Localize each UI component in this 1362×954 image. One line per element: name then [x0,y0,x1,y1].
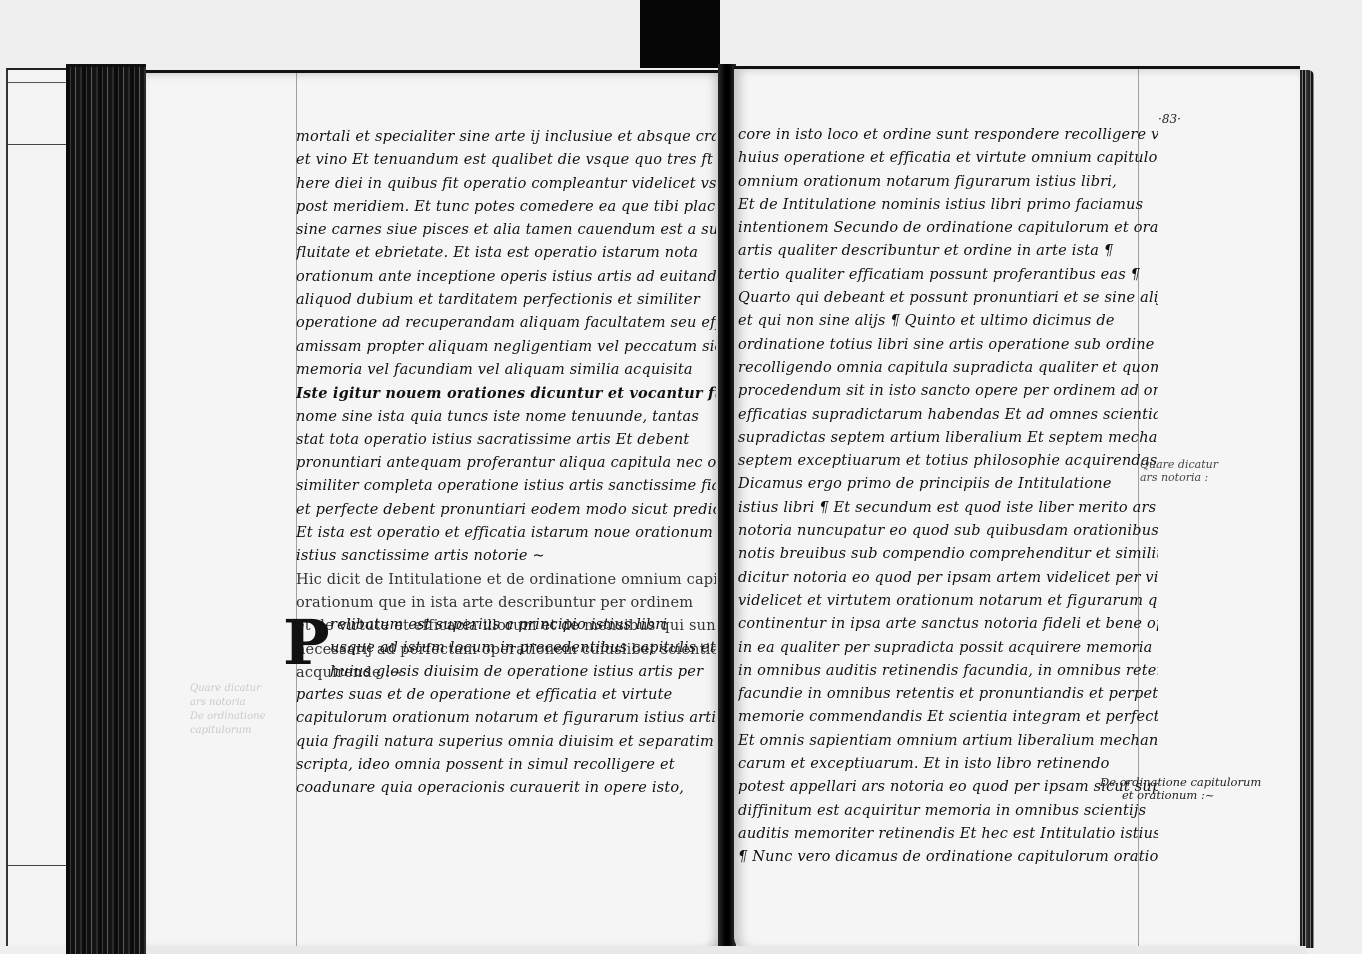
text-line: istius libri ¶ Et secundum est quod iste… [738,497,1158,520]
text-line: relibatum est superius a principio istiu… [330,614,716,637]
text-line: efficatias supradictarum habendas Et ad … [738,404,1158,427]
text-line: tertio qualiter efficatiam possunt profe… [738,264,1158,287]
text-line: mortali et specialiter sine arte ij incl… [296,126,716,149]
text-line: memoria vel facundiam vel aliquam simili… [296,359,716,382]
text-line: Et ista est operatio et efficatia istaru… [296,522,716,545]
text-line: videlicet et virtutem orationum notarum … [738,590,1158,613]
text-line: et qui non sine alijs ¶ Quinto et ultimo… [738,310,1158,333]
cover-rule [8,144,70,145]
text-line: sine carnes siue pisces et alia tamen ca… [296,219,716,242]
text-line: ¶ Nunc vero dicamus de ordinatione capit… [738,846,1158,869]
decorated-initial: P [283,612,330,674]
cover-rule [8,82,70,83]
text-line: Quarto qui debeant et possunt pronuntiar… [738,287,1158,310]
text-line: artis qualiter describuntur et ordine in… [738,240,1158,263]
text-line: amissam propter aliquam negligentiam vel… [296,336,716,359]
text-line: supradictas septem artium liberalium Et … [738,427,1158,450]
cover-rule [8,865,70,866]
text-line: memorie commendandis Et scientia integra… [738,706,1158,729]
text-line: operatione ad recuperandam aliquam facul… [296,312,716,335]
text-line: usque ad istum locum in precedentibus ca… [330,637,716,660]
text-line: recolligendo omnia capitula supradicta q… [738,357,1158,380]
text-line: aliquod dubium et tarditatem perfectioni… [296,289,716,312]
text-line: istius sanctissime artis notorie ~ [296,545,716,568]
text-line: Et omnis sapientiam omnium artium libera… [738,730,1158,753]
text-line: partes suas et de operatione et efficati… [296,684,716,707]
bleed-through-text: Quare dicatur ars notoria De ordinatione… [190,682,266,738]
folio-number: ·83· [1158,112,1181,126]
bottom-margin [146,946,1306,954]
text-line: nome sine ista quia tuncs iste nome tenu… [296,406,716,429]
left-cover-board [6,68,70,946]
text-line: carum et exceptiuarum. Et in isto libro … [738,753,1158,776]
text-line: post meridiem. Et tunc potes comedere ea… [296,196,716,219]
text-line: core in isto loco et ordine sunt respond… [738,124,1158,147]
text-line: septem exceptiuarum et totius philosophi… [738,450,1158,473]
text-line: Dicamus ergo primo de principiis de Inti… [738,473,1158,496]
text-line: coadunare quia operacionis curauerit in … [296,777,716,800]
text-line: et perfecte debent pronuntiari eodem mod… [296,499,716,522]
text-line: procedendum sit in isto sancto opere per… [738,380,1158,403]
text-line: fluitate et ebrietate. Et ista est opera… [296,242,716,265]
left-page-text: mortali et specialiter sine arte ij incl… [296,126,716,685]
text-line: diffinitum est acquiritur memoria in omn… [738,800,1158,823]
text-line: capitulorum orationum notarum et figurar… [296,707,716,730]
rubric-line: Hic dicit de Intitulatione et de ordinat… [296,569,716,592]
right-page-text: core in isto loco et ordine sunt respond… [738,124,1158,870]
text-line: similiter completa operatione istius art… [296,475,716,498]
text-line: dicitur notoria eo quod per ipsam artem … [738,567,1158,590]
text-line: potest appellari ars notoria eo quod per… [738,776,1158,799]
text-line: ordinatione totius libri sine artis oper… [738,334,1158,357]
binding-spine-top [640,0,720,68]
text-line: facundie in omnibus retentis et pronunti… [738,683,1158,706]
left-page-paragraph-2: relibatum est superius a principio istiu… [330,614,716,684]
text-line: in ea qualiter per supradicta possit acq… [738,637,1158,660]
text-line: here diei in quibus fit operatio complea… [296,173,716,196]
manuscript-scan: Quare dicatur ars notoria De ordinatione… [0,0,1362,954]
text-line: continentur in ipsa arte sanctus notoria… [738,613,1158,636]
text-line: Iste igitur nouem orationes dicuntur et … [296,382,716,405]
text-line: notoria nuncupatur eo quod sub quibusdam… [738,520,1158,543]
text-line: huius operatione et efficatia et virtute… [738,147,1158,170]
text-line: Et de Intitulatione nominis istius libri… [738,194,1158,217]
text-line: omnium orationum notarum figurarum istiu… [738,171,1158,194]
marginal-note: Quare dicatur ars notoria : [1140,458,1218,484]
text-line: intentionem Secundo de ordinatione capit… [738,217,1158,240]
text-line: pronuntiari antequam proferantur aliqua … [296,452,716,475]
page-edge-stack [66,64,146,954]
text-line: orationum ante inceptione operis istius … [296,266,716,289]
text-line: auditis memoriter retinendis Et hec est … [738,823,1158,846]
text-line: notis breuibus sub compendio comprehendi… [738,543,1158,566]
text-line: huius glosis diuisim de operatione istiu… [330,661,716,684]
right-page-edges [1300,70,1314,948]
text-line: stat tota operatio istius sacratissime a… [296,429,716,452]
text-line: scripta, ideo omnia possent in simul rec… [296,754,716,777]
text-line: in omnibus auditis retinendis facundia, … [738,660,1158,683]
left-page-paragraph-2-cont: partes suas et de operatione et efficati… [296,684,716,800]
rubric-line: orationum que in ista arte describuntur … [296,592,716,615]
text-line: et vino Et tenuandum est qualibet die vs… [296,149,716,172]
marginal-note: De ordinatione capitulorum et orationum … [1100,776,1261,802]
text-line: quia fragili natura superius omnia diuis… [296,731,716,754]
